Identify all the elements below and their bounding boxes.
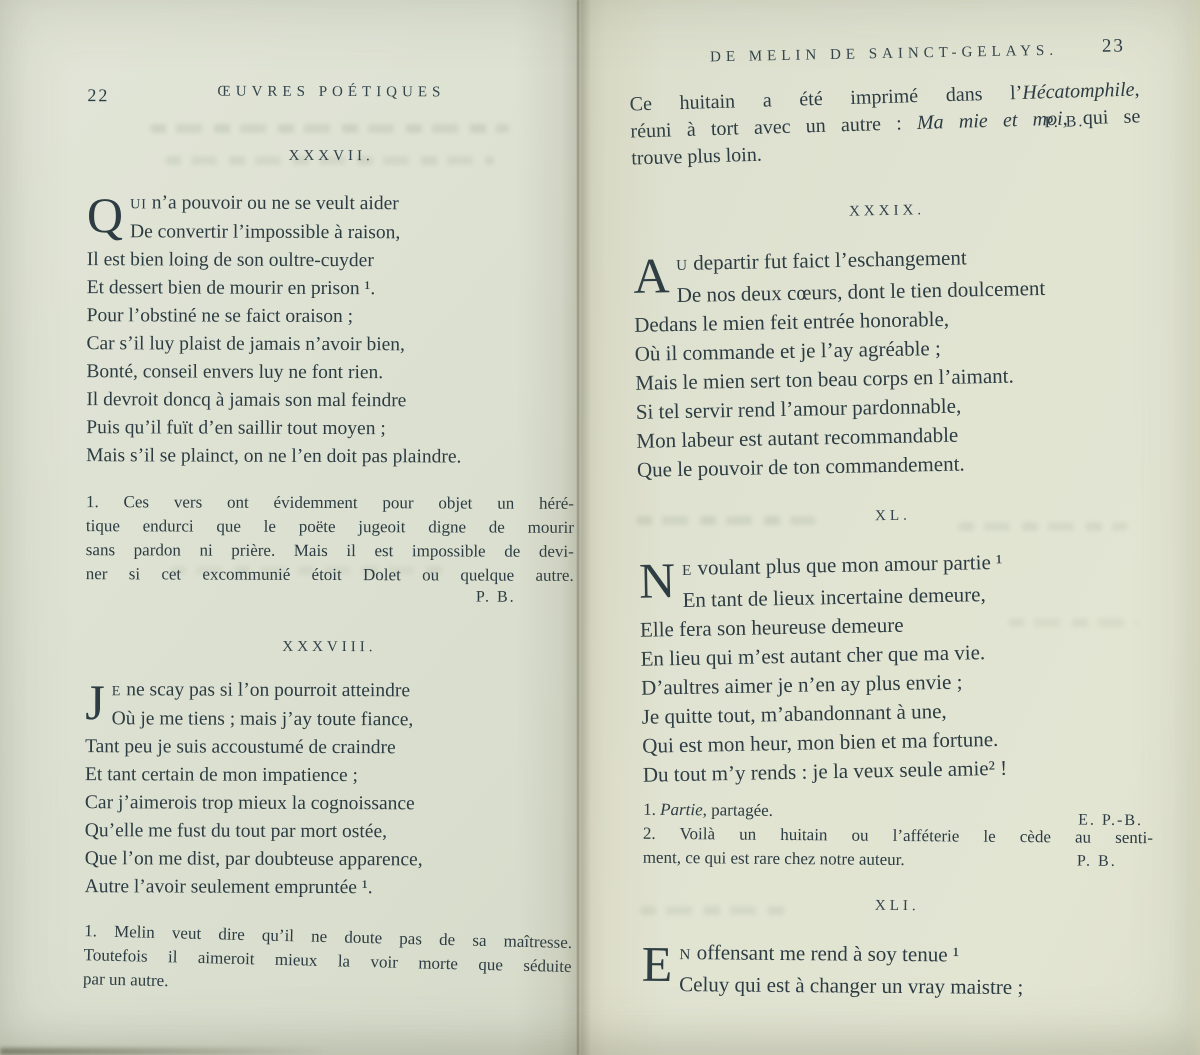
footnote-line: ner si cet excommunié étoit Dolet ou que… — [86, 562, 574, 588]
lead-small-caps: UI — [130, 196, 147, 212]
poem-xxxviii: JE ne scay pas si l’on pourroit atteindr… — [85, 676, 574, 903]
note-text: réuni à tort avec un autre : — [630, 112, 917, 142]
poem-line: De convertir l’impossible à raison, — [87, 218, 575, 248]
poem-line: Car s’il luy plaist de jamais n’avoir bi… — [86, 330, 574, 360]
footnote-2-right: 2. Voilà un huitain ou l’afféterie le cè… — [643, 822, 1153, 874]
poem-line: Car j’aimerois trop mieux la cognoissanc… — [85, 789, 573, 819]
poem-line: Pour l’obstiné ne se faict oraison ; — [87, 302, 575, 332]
poem-xli: EN offensant me rend à soy tenue ¹ Celuy… — [642, 938, 1153, 1003]
note-text: , — [1134, 78, 1140, 100]
running-title: DE MELIN DE SAINCT-GELAYS. — [629, 41, 1139, 68]
drop-cap-q: Q — [87, 191, 123, 245]
drop-cap-e: E — [642, 940, 673, 994]
section-heading-xxxvii: XXXVII. — [87, 147, 575, 169]
right-page: DE MELIN DE SAINCT-GELAYS. 23 Ce huitain… — [578, 0, 1200, 1055]
right-page-header: DE MELIN DE SAINCT-GELAYS. 23 — [629, 41, 1139, 75]
footnote-line: sans pardon ni prière. Mais il est impos… — [86, 538, 574, 564]
poem-xxxix: AU departir fut faict l’eschangement De … — [633, 240, 1147, 485]
footnote-italic: Partie — [660, 800, 703, 819]
lead-small-caps: E — [112, 683, 122, 699]
poem-line-text: voulant plus que mon amour partie ¹ — [692, 550, 1003, 580]
poem-line-text: n’a pouvoir ou ne se veult aider — [147, 192, 399, 214]
footnote-1-left: 1. Ces vers ont évidemment pour objet un… — [86, 490, 574, 610]
drop-cap-a: A — [633, 251, 670, 306]
note-italic-title: Ma mie et moi — [917, 108, 1063, 134]
left-page: 22 ŒUVRES POÉTIQUES XXXVII. QUI n’a pouv… — [0, 0, 578, 1055]
poem-line: EN offensant me rend à soy tenue ¹ — [642, 938, 1152, 974]
poem-line: Où je me tiens ; mais j’ay toute fiance, — [85, 705, 573, 735]
poem-line: Et dessert bien de mourir en prison ¹. — [87, 274, 575, 304]
running-title: ŒUVRES POÉTIQUES — [87, 83, 575, 102]
drop-cap-n: N — [639, 556, 676, 611]
poem-line: Mais s’il se plainct, on ne l’en doit pa… — [86, 442, 574, 472]
poem-line: Que l’on me dist, par doubteuse apparenc… — [85, 845, 573, 875]
section-heading-xxxviii: XXXVIII. — [85, 638, 573, 660]
footnote-text: , partagée. — [703, 800, 773, 820]
lead-small-caps: U — [676, 258, 688, 274]
poem-line: Autre l’avoir seulement empruntée ¹. — [85, 873, 573, 903]
poem-line: Il est bien loing de son oultre-cuyder — [87, 246, 575, 276]
poem-line-text: ne scay pas si l’on pourroit atteindre — [121, 679, 410, 701]
poem-line: QUI n’a pouvoir ou ne se veult aider — [87, 189, 575, 220]
footnote-line: ment, ce qui est rare chez notre auteur.… — [643, 846, 1153, 874]
note-italic-title: Hécatomphile — [1022, 79, 1135, 104]
poem-line: Il devroit doncq à jamais son mal feindr… — [86, 386, 574, 416]
footnote-text: 1. Partie, partagée. — [643, 798, 773, 823]
book-spread: 22 ŒUVRES POÉTIQUES XXXVII. QUI n’a pouv… — [0, 0, 1200, 1055]
section-heading-xl: XL. — [638, 503, 1148, 533]
section-heading-xxxix: XXXIX. — [632, 198, 1142, 228]
poem-line: Qu’elle me fust du tout par mort ostée, — [85, 817, 573, 847]
page-number: 23 — [1102, 35, 1125, 57]
poem-xl: NE voulant plus que mon amour partie ¹ E… — [639, 545, 1153, 790]
footnote-signature: P. B. — [1077, 850, 1153, 875]
left-page-content: 22 ŒUVRES POÉTIQUES XXXVII. QUI n’a pouv… — [84, 0, 575, 993]
footnote-line: 1. Ces vers ont évidemment pour objet un… — [86, 490, 574, 516]
poem-line: Celuy qui est à changer un vray maistre … — [642, 970, 1152, 1003]
poem-line: Tant peu je suis accoustumé de craindre — [85, 733, 573, 763]
page-number: 22 — [87, 85, 109, 106]
footnote-signature: E. P.-B. — [1078, 809, 1153, 834]
footnote-signature: P. B. — [86, 584, 574, 610]
footnote-number: 1. — [643, 800, 660, 819]
lead-small-caps: N — [679, 947, 691, 963]
editor-note: Ce huitain a été imprimé dans l’Hécatomp… — [629, 76, 1141, 172]
drop-cap-j: J — [85, 678, 105, 732]
note-signature: P. B. — [1044, 108, 1085, 136]
poem-line: Et tant certain de mon impatience ; — [85, 761, 573, 791]
poem-line-text: departir fut faict l’eschangement — [688, 245, 967, 274]
poem-line: JE ne scay pas si l’on pourroit atteindr… — [85, 676, 573, 707]
footnote-2-left: 1. Melin veut dire qu’il ne doute pas de… — [83, 919, 573, 1003]
poem-line: Puis qu’il fuït d’en saillir tout moyen … — [86, 414, 574, 444]
poem-line: Bonté, conseil envers luy ne font rien. — [86, 358, 574, 388]
right-page-lower-block: 1. Partie, partagée. E. P.-B. 2. Voilà u… — [642, 798, 1154, 1003]
section-heading-xli: XLI. — [642, 896, 1152, 920]
right-page-content: DE MELIN DE SAINCT-GELAYS. 23 Ce huitain… — [628, 0, 1157, 999]
footnote-text: ment, ce qui est rare chez notre auteur. — [643, 846, 905, 872]
footnote-line: tique endurci que le poëte jugeoit digne… — [86, 514, 574, 540]
left-page-header: 22 ŒUVRES POÉTIQUES — [87, 83, 575, 109]
poem-xxxvii: QUI n’a pouvoir ou ne se veult aider De … — [86, 189, 575, 472]
poem-line-text: offensant me rend à soy tenue ¹ — [691, 940, 959, 966]
